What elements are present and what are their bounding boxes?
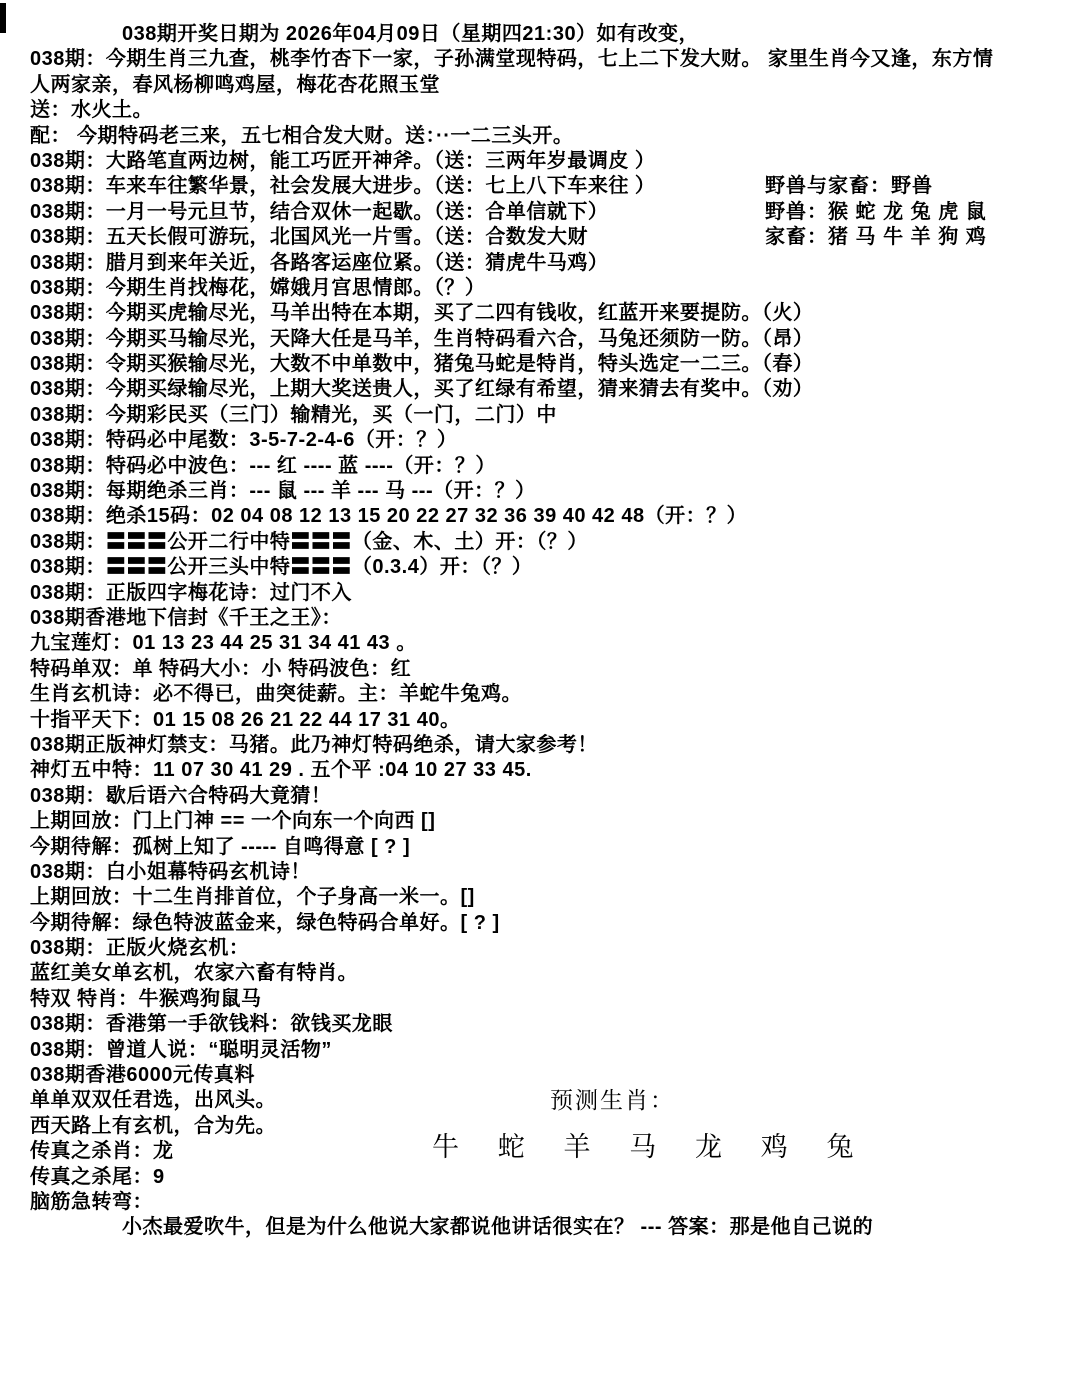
- text-line: 送：水火土。: [30, 98, 1066, 123]
- text-line: 传真之杀肖：龙: [30, 1140, 174, 1162]
- text-line: 038期：特码必中波色：--- 红 ---- 蓝 ----（开：？）: [30, 454, 1066, 479]
- text-line: 特双 特肖：牛猴鸡狗鼠马: [30, 987, 1066, 1012]
- text-line: 单单双双任君选，出风头。: [30, 1089, 276, 1111]
- predicted-zodiacs-list: 牛 蛇 羊 马 龙 鸡 兔: [432, 1135, 870, 1160]
- text-line: 038期：今期买绿输尽光，上期大奖送贵人，买了红绿有希望，猜来猜去有奖中。（劝）: [30, 377, 1066, 402]
- text-line: 038期：腊月到来年关近，各路客运座位紧。（送：猜虎牛马鸡）: [30, 251, 1066, 276]
- text-line: 上期回放：门上门神 == 一个向东一个向西 []: [30, 809, 1066, 834]
- text-line: 上期回放：十二生肖排首位，个子身高一米一。[]: [30, 885, 1066, 910]
- text-line: 脑筋急转弯：: [30, 1190, 1066, 1215]
- text-line: 038期：今期买马输尽光，天降大任是马羊，生肖特码看六合，马兔还须防一防。（昂）: [30, 327, 1066, 352]
- beast-domestic-header: 野兽与家畜：野兽: [765, 174, 933, 199]
- text-line-with-note: 单单双双任君选，出风头。 预测生肖：: [30, 1088, 1066, 1113]
- text-line: 038期正版神灯禁支：马猪。此乃神灯特码绝杀，请大家参考！: [30, 733, 1066, 758]
- text-line: 038期：正版四字梅花诗：过门不入: [30, 581, 1066, 606]
- text-line: 传真之杀尾：9: [30, 1165, 1066, 1190]
- text-line: 特码单双：单 特码大小：小 特码波色：红: [30, 657, 1066, 682]
- domestic-animals-list: 家畜：猪 马 牛 羊 狗 鸡: [765, 225, 987, 250]
- text-line: 神灯五中特：11 07 30 41 29 . 五个平 :04 10 27 33 …: [30, 758, 1066, 783]
- text-line: 038期香港地下信封《千王之王》：: [30, 606, 1066, 631]
- lottery-tip-sheet: 038期开奖日期为 2026年04月09日（星期四21:30）如有改变， 038…: [0, 0, 1072, 1388]
- text-line: 038期香港6000元传真料: [30, 1063, 1066, 1088]
- text-line: 蓝红美女单玄机，农家六畜有特肖。: [30, 961, 1066, 986]
- text-line: 十指平天下：01 15 08 26 21 22 44 17 31 40。: [30, 708, 1066, 733]
- text-line: 038期：绝杀15码：02 04 08 12 13 15 20 22 27 32…: [30, 504, 1066, 529]
- text-line: 038期：今期彩民买（三门）输精光，买（一门，二门）中: [30, 403, 1066, 428]
- scan-corner-mark: [0, 3, 6, 33]
- text-line: 038期：今期生肖三九查，桃李竹杏下一家，子孙满堂现特码，七上二下发大财。 家里…: [30, 47, 1066, 72]
- text-line-with-note: 038期：五天长假可游玩，北国风光一片雪。（送：合数发大财 家畜：猪 马 牛 羊…: [30, 225, 1066, 250]
- text-line-with-note: 传真之杀肖：龙 牛 蛇 羊 马 龙 鸡 兔: [30, 1139, 1066, 1164]
- text-line: 038期：〓〓〓公开二行中特〓〓〓（金、木、土）开：（？）: [30, 530, 1066, 555]
- prediction-zodiac-label: 预测生肖：: [550, 1088, 675, 1113]
- text-line: 038期：今期买虎输尽光，马羊出特在本期，买了二四有钱收，红蓝开来要提防。（火）: [30, 301, 1066, 326]
- brain-teaser-line: 小杰最爱吹牛，但是为什么他说大家都说他讲话很实在？ --- 答案：那是他自己说的: [30, 1215, 1066, 1240]
- text-line: 038期：每期绝杀三肖：--- 鼠 --- 羊 --- 马 ---（开：？）: [30, 479, 1066, 504]
- text-line: 038期：特码必中尾数：3-5-7-2-4-6（开：？）: [30, 428, 1066, 453]
- text-line: 038期：正版火烧玄机：: [30, 936, 1066, 961]
- text-line: 038期：白小姐幕特码玄机诗！: [30, 860, 1066, 885]
- draw-date-line: 038期开奖日期为 2026年04月09日（星期四21:30）如有改变，: [30, 22, 1066, 47]
- text-line: 038期：今期生肖找梅花，嫦娥月宫思情郎。（？）: [30, 276, 1066, 301]
- text-line: 人两家亲，春风杨柳鸣鸡屋，梅花杏花照玉堂: [30, 73, 1066, 98]
- text-line-with-note: 038期：车来车往繁华景，社会发展大进步。（送：七上八下车来往 ） 野兽与家畜：…: [30, 174, 1066, 199]
- text-line: 038期：〓〓〓公开三头中特〓〓〓（0.3.4）开：（？）: [30, 555, 1066, 580]
- text-line: 038期：车来车往繁华景，社会发展大进步。（送：七上八下车来往 ）: [30, 175, 655, 197]
- text-line: 038期：歇后语六合特码大竟猜！: [30, 784, 1066, 809]
- text-line: 038期：曾道人说：“聪明灵活物”: [30, 1038, 1066, 1063]
- text-line: 038期：令期买猴输尽光，大数不中单数中，猪兔马蛇是特肖，特头选定一二三。（春）: [30, 352, 1066, 377]
- text-line: 配： 今期特码老三来，五七相合发大财。送：··一二三头开。: [30, 124, 1066, 149]
- text-line: 九宝莲灯：01 13 23 44 25 31 34 41 43 。: [30, 631, 1066, 656]
- text-line: 038期：五天长假可游玩，北国风光一片雪。（送：合数发大财: [30, 226, 588, 248]
- text-line: 038期：香港第一手欲钱料：欲钱买龙眼: [30, 1012, 1066, 1037]
- text-line: 生肖玄机诗：必不得已，曲突徒薪。主：羊蛇牛兔鸡。: [30, 682, 1066, 707]
- text-line: 038期：一月一号元旦节，结合双休一起歇。（送：合单信就下）: [30, 201, 608, 223]
- text-line: 今期待解：绿色特波蓝金来，绿色特码合单好。[ ? ]: [30, 911, 1066, 936]
- wild-beasts-list: 野兽：猴 蛇 龙 兔 虎 鼠: [765, 200, 987, 225]
- text-line: 038期：大路笔直两边树，能工巧匠开神斧。（送：三两年岁最调皮 ）: [30, 149, 1066, 174]
- document-body: 038期开奖日期为 2026年04月09日（星期四21:30）如有改变， 038…: [30, 22, 1066, 1241]
- text-line-with-note: 038期：一月一号元旦节，结合双休一起歇。（送：合单信就下） 野兽：猴 蛇 龙 …: [30, 200, 1066, 225]
- text-line: 今期待解：孤树上知了 ----- 自鸣得意 [ ? ]: [30, 835, 1066, 860]
